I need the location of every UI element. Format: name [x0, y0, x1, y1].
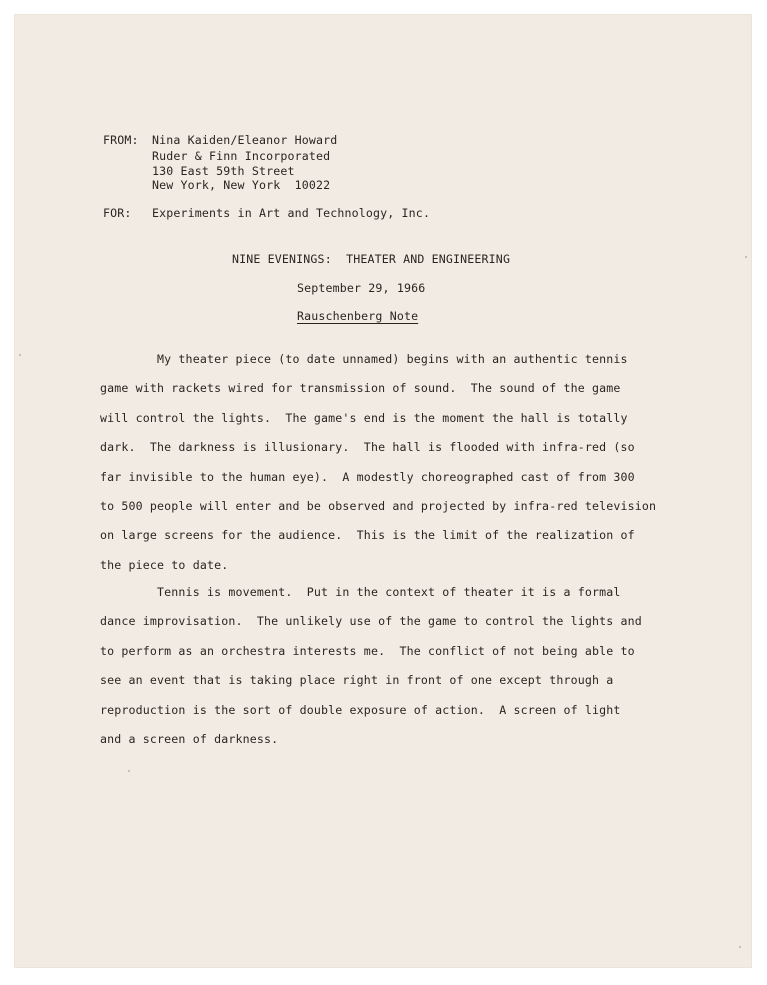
from-line-4: New York, New York 10022	[152, 178, 330, 192]
body-text-line: to perform as an orchestra interests me.…	[100, 644, 635, 658]
body-text-line: reproduction is the sort of double expos…	[100, 703, 621, 717]
body-text-line: will control the lights. The game's end …	[100, 411, 628, 425]
document-page	[14, 14, 752, 968]
paper-speck	[745, 256, 747, 258]
document-subject: Rauschenberg Note	[297, 309, 418, 323]
paper-speck	[19, 354, 21, 356]
body-text-line: Tennis is movement. Put in the context o…	[100, 585, 621, 599]
body-text-line: to 500 people will enter and be observed…	[100, 499, 656, 513]
from-line-3: 130 East 59th Street	[152, 164, 295, 178]
paper-speck	[739, 946, 741, 948]
body-text-line: dance improvisation. The unlikely use of…	[100, 614, 642, 628]
body-text-line: game with rackets wired for transmission…	[100, 381, 621, 395]
for-value: Experiments in Art and Technology, Inc.	[152, 206, 430, 220]
body-text-line: far invisible to the human eye). A modes…	[100, 470, 635, 484]
body-text-line: the piece to date.	[100, 558, 228, 572]
body-text-line: see an event that is taking place right …	[100, 673, 613, 687]
document-date: September 29, 1966	[297, 281, 425, 295]
document-heading: NINE EVENINGS: THEATER AND ENGINEERING	[232, 252, 510, 266]
body-text-line: and a screen of darkness.	[100, 732, 278, 746]
from-line-1: Nina Kaiden/Eleanor Howard	[152, 133, 337, 147]
body-text-line: on large screens for the audience. This …	[100, 528, 635, 542]
from-label: FROM:	[103, 133, 139, 147]
body-text-line: My theater piece (to date unnamed) begin…	[100, 352, 628, 366]
body-text-line: dark. The darkness is illusionary. The h…	[100, 440, 635, 454]
from-line-2: Ruder & Finn Incorporated	[152, 149, 330, 163]
for-label: FOR:	[103, 206, 132, 220]
paper-speck	[128, 770, 130, 772]
